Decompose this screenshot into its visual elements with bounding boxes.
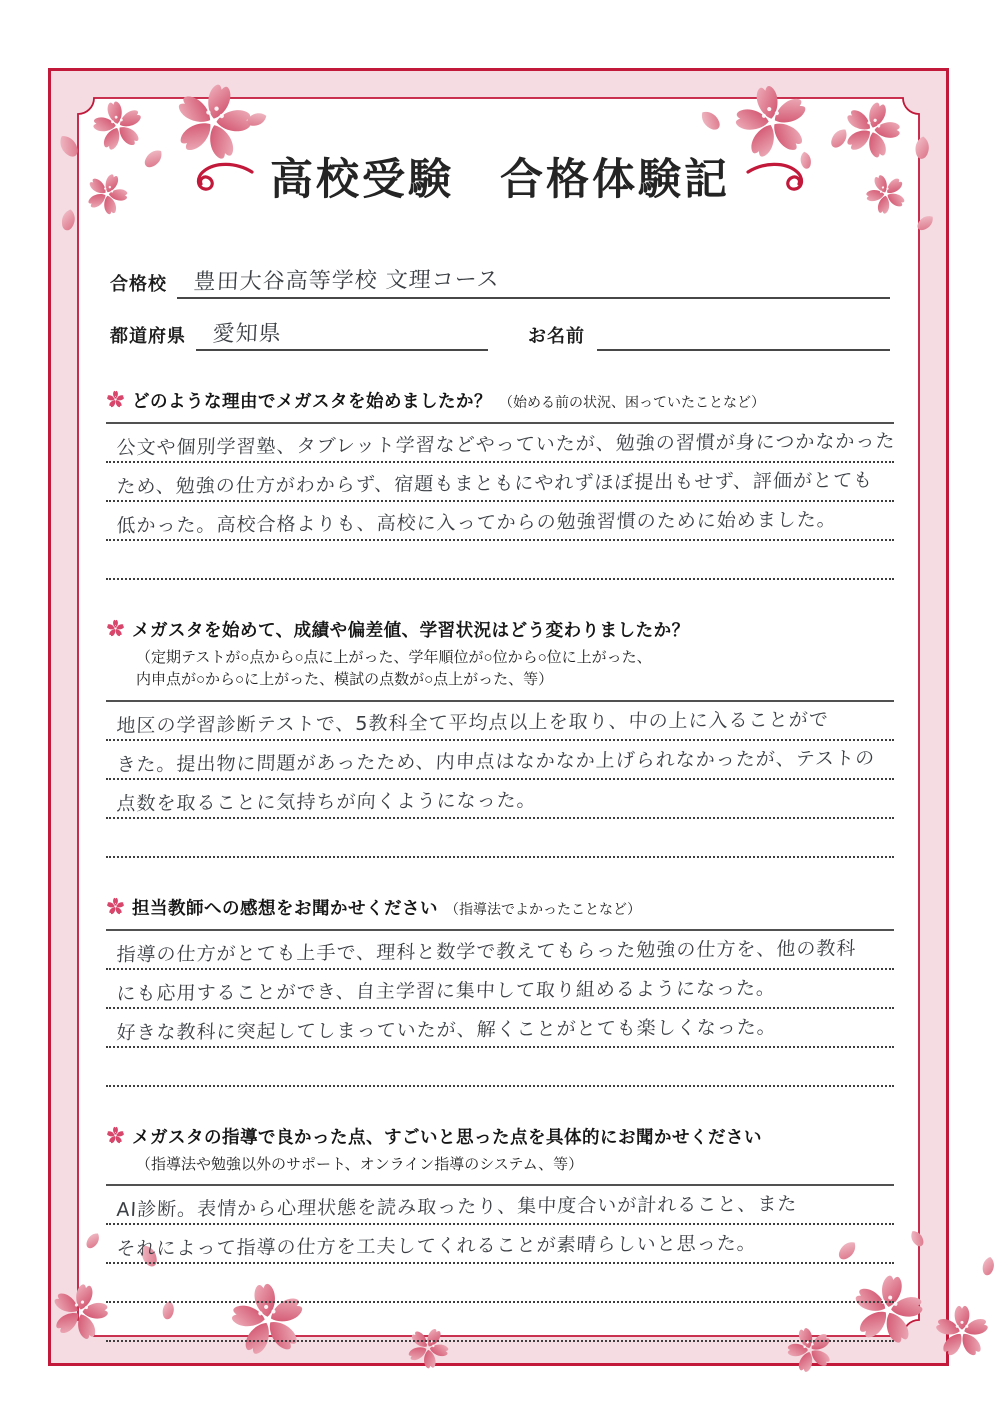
- question-block: メガスタの指導で良かった点、すごいと思った点を具体的にお聞かせください （指導法…: [106, 1124, 894, 1343]
- question-block: メガスタを始めて、成績や偏差値、学習状況はどう変わりましたか？ （定期テストが○…: [106, 617, 894, 858]
- questions-section: どのような理由でメガスタを始めましたか？ （始める前の状況、困っていたことなど）…: [106, 388, 894, 1342]
- question-note-line: （定期テストが○点から○点に上がった、学年順位が○位から○位に上がった、: [106, 647, 894, 669]
- title-row: 高校受験 合格体験記: [106, 146, 894, 207]
- page-title: 高校受験 合格体験記: [270, 146, 730, 207]
- school-row: 合格校 豊田大谷高等学校 文理コース: [110, 263, 890, 299]
- handwritten-text: 好きな教科に突起してしまっていたが、解くことがとても楽しくなった。: [116, 1017, 777, 1044]
- question-note-line: 内申点が○から○に上がった、模試の点数が○点上がった、等）: [106, 669, 894, 691]
- question-header: メガスタを始めて、成績や偏差値、学習状況はどう変わりましたか？: [106, 617, 894, 642]
- answer-line: 指導の仕方がとても上手で、理科と数学で教えてもらった勉強の仕方を、他の教科: [106, 931, 894, 970]
- handwritten-text: きた。提出物に問題があったため、内申点はなかなか上げられなかったが、テストの: [116, 748, 876, 776]
- answer-area: 公文や個別学習塾、タブレット学習などやっていたが、勉強の習慣が身につかなかったた…: [106, 422, 894, 580]
- answer-line: にも応用することができ、自主学習に集中して取り組めるようになった。: [106, 970, 894, 1009]
- answer-line: [106, 1048, 894, 1087]
- name-label: お名前: [528, 322, 585, 351]
- answer-line: [106, 1303, 894, 1342]
- answer-line: 好きな教科に突起してしまっていたが、解くことがとても楽しくなった。: [106, 1009, 894, 1048]
- prefecture-name-row: 都道府県 愛知県 お名前: [110, 315, 890, 351]
- school-label: 合格校: [110, 270, 167, 299]
- flourish-left-icon: [192, 160, 254, 194]
- answer-line: AI診断。表情から心理状態を読み取ったり、集中度合いが計れること、また: [106, 1186, 894, 1225]
- question-label: 担当教師への感想をお聞かせください: [132, 895, 438, 920]
- question-note-line: （指導法や勉強以外のサポート、オンライン指導のシステム、等）: [106, 1154, 894, 1176]
- answer-line: それによって指導の仕方を工夫してくれることが素晴らしいと思った。: [106, 1225, 894, 1264]
- question-label: メガスタの指導で良かった点、すごいと思った点を具体的にお聞かせください: [132, 1124, 762, 1149]
- form-area: 合格校 豊田大谷高等学校 文理コース 都道府県 愛知県 お名前: [106, 263, 894, 351]
- question-block: どのような理由でメガスタを始めましたか？ （始める前の状況、困っていたことなど）…: [106, 388, 894, 580]
- answer-line: [106, 819, 894, 858]
- handwritten-text: にも応用することができ、自主学習に集中して取り組めるようになった。: [116, 978, 776, 1005]
- answer-line: ため、勉強の仕方がわからず、宿題もまともにやれずほぼ提出もせず、評価がとても: [106, 463, 894, 502]
- question-note: （指導法でよかったことなど）: [445, 899, 641, 919]
- handwritten-text: それによって指導の仕方を工夫してくれることが素晴らしいと思った。: [116, 1234, 757, 1260]
- answer-line: きた。提出物に問題があったため、内申点はなかなか上げられなかったが、テストの: [106, 741, 894, 780]
- name-field: [597, 315, 890, 351]
- handwritten-text: AI診断。表情から心理状態を読み取ったり、集中度合いが計れること、また: [116, 1194, 798, 1221]
- sakura-bullet-icon: [106, 1126, 125, 1150]
- prefecture-label: 都道府県: [110, 322, 186, 351]
- handwritten-text: ため、勉強の仕方がわからず、宿題もまともにやれずほぼ提出もせず、評価がとても: [116, 471, 873, 498]
- sakura-bullet-icon: [106, 390, 125, 414]
- answer-line: 低かった。高校合格よりも、高校に入ってからの勉強習慣のために始めました。: [106, 502, 894, 541]
- question-label: どのような理由でメガスタを始めましたか？: [132, 388, 492, 413]
- flourish-right-icon: [746, 160, 808, 194]
- handwritten-text: 地区の学習診断テストで、5教科全て平均点以上を取り、中の上に入ることがで: [116, 709, 829, 736]
- answer-line: [106, 1264, 894, 1303]
- prefecture-field: 愛知県: [196, 315, 488, 351]
- handwritten-text: 指導の仕方がとても上手で、理科と数学で教えてもらった勉強の仕方を、他の教科: [116, 938, 857, 965]
- question-header: 担当教師への感想をお聞かせください （指導法でよかったことなど）: [106, 895, 894, 920]
- question-note: （始める前の状況、困っていたことなど）: [499, 392, 765, 412]
- answer-area: 地区の学習診断テストで、5教科全て平均点以上を取り、中の上に入ることができた。提…: [106, 700, 894, 858]
- answer-area: 指導の仕方がとても上手で、理科と数学で教えてもらった勉強の仕方を、他の教科にも応…: [106, 929, 894, 1087]
- question-header: どのような理由でメガスタを始めましたか？ （始める前の状況、困っていたことなど）: [106, 388, 894, 413]
- answer-line: 点数を取ることに気持ちが向くようになった。: [106, 780, 894, 819]
- school-field: 豊田大谷高等学校 文理コース: [177, 263, 890, 299]
- question-header: メガスタの指導で良かった点、すごいと思った点を具体的にお聞かせください: [106, 1124, 894, 1149]
- handwritten-text: 公文や個別学習塾、タブレット学習などやっていたが、勉強の習慣が身につかなかった: [116, 431, 896, 459]
- sakura-bullet-icon: [106, 619, 125, 643]
- handwritten-text: 点数を取ることに気持ちが向くようになった。: [116, 790, 537, 815]
- answer-area: AI診断。表情から心理状態を読み取ったり、集中度合いが計れること、またそれによっ…: [106, 1184, 894, 1342]
- document-content: 高校受験 合格体験記 合格校 豊田大谷高等学校 文理コース 都道府県 愛知県 お: [80, 96, 920, 1336]
- answer-line: 地区の学習診断テストで、5教科全て平均点以上を取り、中の上に入ることがで: [106, 702, 894, 741]
- sakura-bullet-icon: [106, 897, 125, 921]
- answer-line: 公文や個別学習塾、タブレット学習などやっていたが、勉強の習慣が身につかなかった: [106, 424, 894, 463]
- prefecture-value: 愛知県: [212, 316, 282, 348]
- answer-line: [106, 541, 894, 580]
- question-notes: （指導法や勉強以外のサポート、オンライン指導のシステム、等）: [106, 1154, 894, 1176]
- question-label: メガスタを始めて、成績や偏差値、学習状況はどう変わりましたか？: [132, 617, 690, 642]
- question-block: 担当教師への感想をお聞かせください （指導法でよかったことなど） 指導の仕方がと…: [106, 895, 894, 1087]
- handwritten-text: 低かった。高校合格よりも、高校に入ってからの勉強習慣のために始めました。: [116, 510, 837, 537]
- document-page: 高校受験 合格体験記 合格校 豊田大谷高等学校 文理コース 都道府県 愛知県 お: [0, 0, 1000, 1414]
- question-notes: （定期テストが○点から○点に上がった、学年順位が○位から○位に上がった、内申点が…: [106, 647, 894, 691]
- school-value: 豊田大谷高等学校 文理コース: [193, 262, 500, 296]
